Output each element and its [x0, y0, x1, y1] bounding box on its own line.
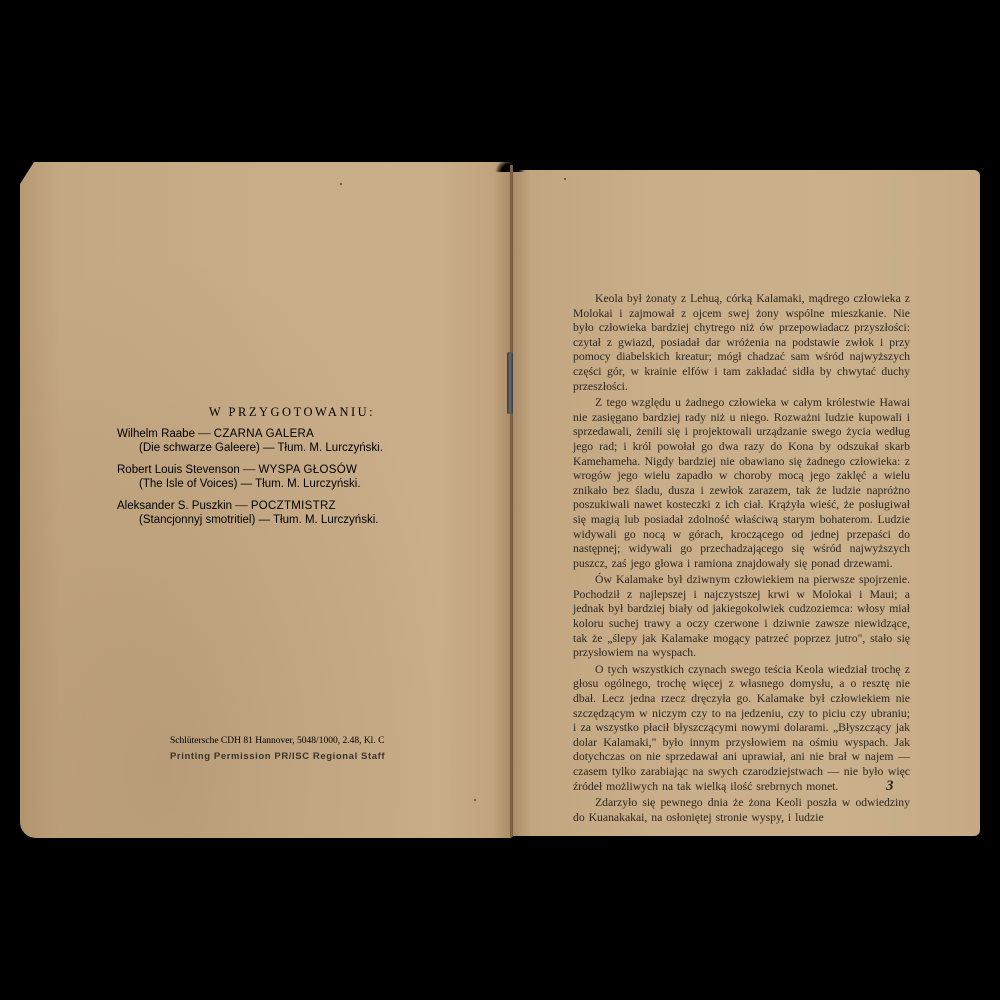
paper-speck [340, 183, 342, 185]
in-preparation-heading: W PRZYGOTOWANIU: [117, 405, 437, 420]
entry-author: Wilhelm Raabe [117, 428, 195, 440]
paragraph: Keola był żonaty z Lehuą, córką Kalamaki… [573, 292, 910, 394]
entry-author: Aleksander S. Puszkin [117, 500, 232, 512]
book-entry: Wilhelm Raabe — CZARNA GALERA (Die schwa… [117, 426, 437, 456]
dash: — [232, 498, 251, 512]
printing-permission: Printing Permission PR/ISC Regional Staf… [170, 749, 410, 765]
dash: — [260, 442, 278, 454]
entry-translator: Tłum. M. Lurczyński. [255, 478, 360, 490]
book-spine [510, 165, 513, 837]
dash: — [240, 462, 259, 476]
entry-title: POCZTMISTRZ [251, 500, 336, 512]
entry-original-title: (Stancjonnyj smotritiel) [139, 514, 255, 526]
printer-imprint: Schlütersche CDH 81 Hannover, 5048/1000,… [170, 733, 410, 749]
colophon: Schlütersche CDH 81 Hannover, 5048/1000,… [170, 733, 410, 765]
book-entry: Robert Louis Stevenson — WYSPA GŁOSÓW (T… [117, 462, 437, 492]
entry-title: WYSPA GŁOSÓW [259, 464, 358, 476]
dash: — [195, 426, 214, 440]
staple [507, 352, 513, 414]
entry-title: CZARNA GALERA [214, 428, 314, 440]
dash: — [237, 478, 255, 490]
entry-translator: Tłum. M. Lurczyński. [273, 514, 378, 526]
paragraph: Zdarzyło się pewnego dnia że żona Keoli … [573, 796, 910, 825]
dash: — [255, 514, 273, 526]
paragraph: Ów Kalamake był dziwnym człowiekiem na p… [573, 573, 910, 661]
entry-original-title: (The Isle of Voices) [139, 478, 237, 490]
book-entry: Aleksander S. Puszkin — POCZTMISTRZ (Sta… [117, 498, 437, 528]
paper-speck [564, 178, 566, 180]
entry-translator: Tłum. M. Lurczyński. [277, 442, 382, 454]
paragraph: O tych wszystkich czynach swego teścia K… [573, 663, 910, 794]
in-preparation-list: W PRZYGOTOWANIU: Wilhelm Raabe — CZARNA … [117, 405, 437, 534]
paper-speck [474, 799, 476, 801]
open-book: W PRZYGOTOWANIU: Wilhelm Raabe — CZARNA … [0, 0, 1000, 1000]
paragraph: Z tego względu u żadnego człowieka w cał… [573, 396, 910, 571]
entry-author: Robert Louis Stevenson [117, 464, 240, 476]
page-number: 3 [886, 778, 894, 795]
entry-original-title: (Die schwarze Galeere) [139, 442, 260, 454]
story-text: Keola był żonaty z Lehuą, córką Kalamaki… [573, 292, 910, 827]
